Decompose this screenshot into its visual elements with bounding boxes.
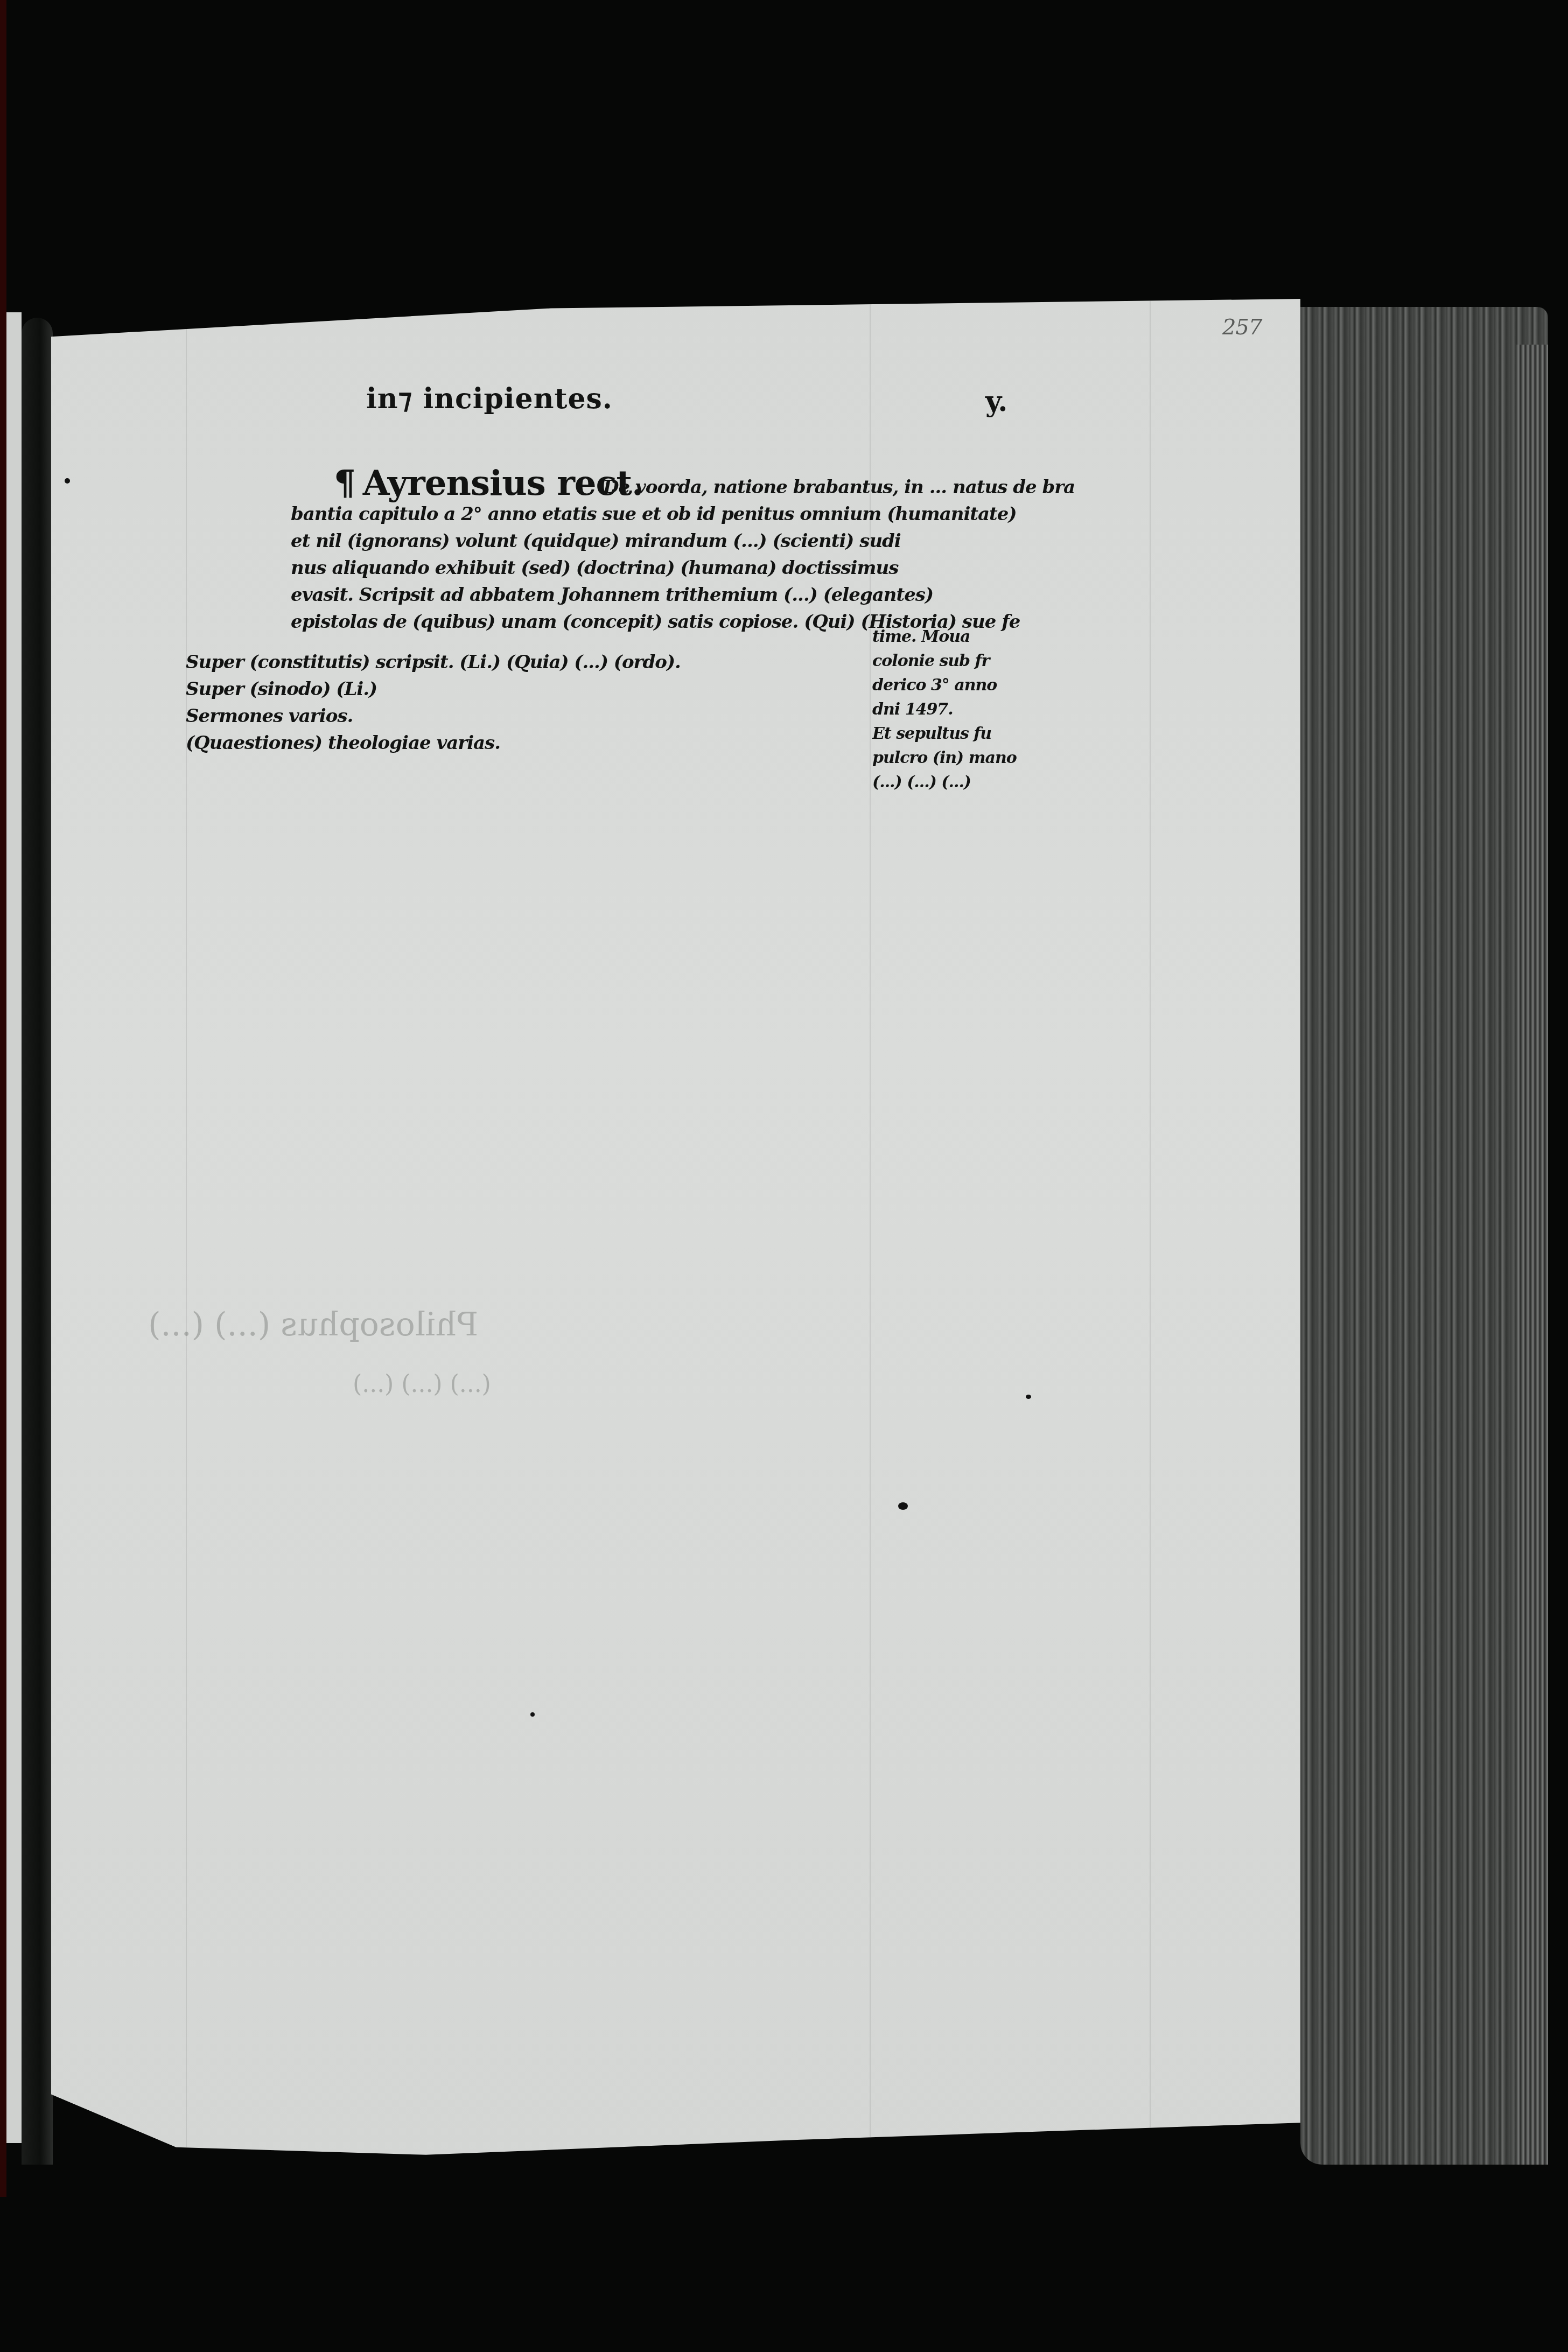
facing-page-edge xyxy=(6,312,22,2143)
show-through-text: (...) (...) (...) xyxy=(353,1370,491,1398)
entry-heading: ¶Ayrensius rect. xyxy=(334,463,643,503)
body-line: nus aliquando exhibuit (sed) (doctrina) … xyxy=(291,557,898,579)
body-line: et nil (ignorans) volunt (quidque) miran… xyxy=(291,530,901,552)
ruling-line xyxy=(1150,299,1151,2189)
margin-note-line: colonie sub fr xyxy=(872,652,989,670)
ruling-line xyxy=(870,299,871,2189)
body-line: De voorda, natione brabantus, in ... nat… xyxy=(603,477,1075,498)
work-entry: Super (constitutis) scripsit. (Li.) (Qui… xyxy=(186,652,681,673)
margin-note-line: derico 3° anno xyxy=(872,676,997,695)
ink-speck xyxy=(65,478,70,484)
pilcrow-mark: ¶ xyxy=(334,463,355,503)
entry-title: Ayrensius rect. xyxy=(363,463,643,503)
book-fore-edge xyxy=(1300,307,1548,2165)
body-line: bantia capitulo a 2° anno etatis sue et … xyxy=(291,503,1017,525)
margin-note-line: time. Moua xyxy=(872,627,970,646)
leaf-number: 257 xyxy=(1222,315,1262,340)
work-entry: Super (sinodo) (Li.) xyxy=(186,678,377,700)
ruling-line xyxy=(186,299,187,2189)
manuscript-page: Philosophus (...) (...) (...) (...) (...… xyxy=(51,299,1300,2189)
show-through-text: Philosophus (...) (...) xyxy=(148,1306,478,1343)
gutter-shadow xyxy=(22,318,53,2165)
margin-note-line: dni 1497. xyxy=(872,700,953,719)
body-line: evasit. Scripsit ad abbatem Johannem tri… xyxy=(291,584,933,606)
work-entry: (Quaestiones) theologiae varias. xyxy=(186,732,500,754)
work-entry: Sermones varios. xyxy=(186,705,353,727)
background-shadow xyxy=(0,2197,1568,2352)
margin-note-line: Et sepultus fu xyxy=(872,724,991,743)
margin-note-line: (...) (...) (...) xyxy=(872,773,971,792)
ink-speck xyxy=(1026,1395,1031,1399)
margin-note-line: pulcro (in) mano xyxy=(872,748,1017,767)
running-head: in⁊ incipientes. xyxy=(366,382,613,415)
fore-edge-leaves xyxy=(1516,345,1548,2165)
ink-speck xyxy=(530,1712,535,1717)
film-edge-strip xyxy=(0,0,6,2208)
ink-speck xyxy=(898,1502,908,1510)
folio-mark: y. xyxy=(985,385,1007,418)
